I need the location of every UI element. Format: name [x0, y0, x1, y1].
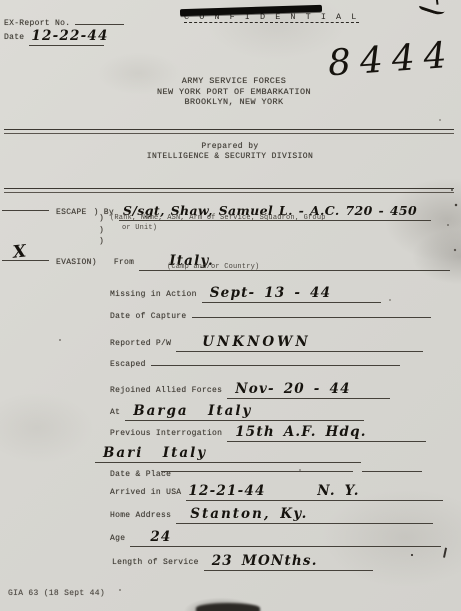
rejoined-allied-forces-label: Rejoined Allied Forces [110, 386, 222, 395]
missing-in-action-label: Missing in Action [110, 290, 197, 299]
report-date-value: 12-22-44 [31, 28, 108, 44]
missing-in-action-row: Missing in Action Sept- 13 - 44 [110, 283, 381, 303]
previous-interrogation-label: Previous Interrogation [110, 429, 222, 438]
rejoined-at-row: At Barga Italy [110, 401, 364, 421]
previous-interrogation-row-2: Bari Italy [95, 443, 361, 463]
pen-scribble-mark [418, 0, 447, 17]
arrived-usa-row: Arrived in USA 12-21-44 N. Y. [110, 481, 443, 501]
arrived-usa-label-line-1: Date & Place [110, 470, 171, 479]
escape-note-line-2: or Unit) [122, 224, 157, 232]
missing-in-action-value: Sept- 13 - 44 [210, 285, 332, 301]
escape-paren: ) [94, 208, 99, 217]
reported-pw-row: Reported P/W UNKNOWN [110, 332, 423, 352]
arrived-usa-label-line-2: Arrived in USA [110, 488, 181, 497]
escaped-label: Escaped [110, 360, 146, 369]
rejoined-allied-forces-value: Nov- 20 - 44 [235, 381, 350, 397]
previous-interrogation-row: Previous Interrogation 15th A.F. Hdq. [110, 422, 426, 442]
date-of-capture-row: Date of Capture [110, 308, 431, 321]
brace-paren-1: ) [99, 213, 104, 225]
arrived-usa-blank-upper [161, 463, 353, 472]
rejoined-allied-forces-row: Rejoined Allied Forces Nov- 20 - 44 [110, 379, 390, 399]
previous-interrogation-entry-2: Bari Italy [95, 443, 361, 463]
length-of-service-value: 23 MONths. [212, 553, 318, 569]
letterhead-line-1: ARMY SERVICE FORCES [134, 76, 334, 87]
rejoined-allied-forces-entry: Nov- 20 - 44 [227, 379, 390, 399]
evasion-from-label: From [114, 258, 134, 267]
report-number-blank [75, 15, 124, 25]
document-number-handwritten: 8444 [327, 38, 457, 83]
brace-paren-3: ) [99, 236, 104, 248]
rejoined-at-label: At [110, 408, 120, 417]
previous-interrogation-value: 15th A.F. Hdq. [235, 424, 366, 440]
camp-country-note: (Camp and/or Country) [167, 263, 259, 271]
previous-interrogation-entry: 15th A.F. Hdq. [227, 422, 426, 442]
length-of-service-row: Length of Service 23 MONths. [112, 551, 373, 571]
missing-in-action-entry: Sept- 13 - 44 [202, 283, 381, 303]
reported-pw-label: Reported P/W [110, 339, 171, 348]
age-label: Age [110, 534, 125, 543]
escape-note-line-1: (Rank, Name, ASN, Arm of Service, Squadr… [110, 214, 326, 222]
previous-interrogation-value-2: Bari Italy [103, 445, 207, 461]
horizontal-rule-top [4, 129, 454, 134]
arrived-usa-place-value: N. Y. [317, 483, 359, 499]
report-date-entry: 12-22-44 [29, 26, 104, 46]
escaped-entry [151, 356, 400, 366]
rejoined-at-value: Barga Italy [133, 403, 252, 419]
letterhead-line-3: BROOKLYN, NEW YORK [134, 97, 334, 108]
age-entry: 24 [130, 527, 441, 547]
home-address-label: Home Address [110, 511, 171, 520]
scanned-report-page: C O N F I D E N T I A L EX-Report No. Da… [0, 0, 461, 611]
scan-edge-blot [196, 603, 260, 611]
length-of-service-label: Length of Service [112, 558, 199, 567]
arrived-usa-blank-upper-2 [362, 463, 422, 472]
reported-pw-value: UNKNOWN [202, 334, 310, 350]
letterhead: ARMY SERVICE FORCES NEW YORK PORT OF EMB… [134, 76, 334, 108]
horizontal-rule-middle [4, 188, 454, 193]
escape-label: ESCAPE [56, 208, 87, 217]
home-address-entry: Stanton, Ky. [176, 504, 433, 524]
form-id: GIA 63 (18 Sept 44) [8, 589, 105, 598]
length-of-service-entry: 23 MONths. [204, 551, 373, 571]
prepared-by-line-2: INTELLIGENCE & SECURITY DIVISION [130, 152, 330, 162]
report-date-label: Date [4, 33, 24, 42]
age-row: Age 24 [110, 527, 441, 547]
escaped-row: Escaped [110, 356, 400, 369]
prepared-by-block: Prepared by INTELLIGENCE & SECURITY DIVI… [130, 142, 330, 162]
escape-evasion-brace: ) ) ) [99, 213, 104, 248]
letterhead-line-2: NEW YORK PORT OF EMBARKATION [134, 87, 334, 98]
evasion-check-mark: X [12, 243, 28, 261]
arrived-usa-entry: 12-21-44 N. Y. [186, 481, 443, 501]
escape-checkbox-blank [2, 200, 49, 211]
arrived-usa-date-value: 12-21-44 [188, 483, 265, 499]
date-of-capture-entry [192, 308, 431, 318]
brace-paren-2: ) [99, 225, 104, 237]
rejoined-at-entry: Barga Italy [125, 401, 364, 421]
reported-pw-entry: UNKNOWN [176, 332, 423, 352]
report-date-row: Date 12-22-44 [4, 26, 104, 46]
date-of-capture-label: Date of Capture [110, 312, 187, 321]
evasion-label: EVASION) [56, 258, 97, 267]
home-address-row: Home Address Stanton, Ky. [110, 504, 433, 524]
prepared-by-line-1: Prepared by [130, 142, 330, 152]
stray-ink-mark [443, 548, 450, 559]
home-address-value: Stanton, Ky. [190, 506, 308, 522]
age-value: 24 [150, 529, 171, 545]
classification-stamp: C O N F I D E N T I A L [184, 6, 324, 22]
